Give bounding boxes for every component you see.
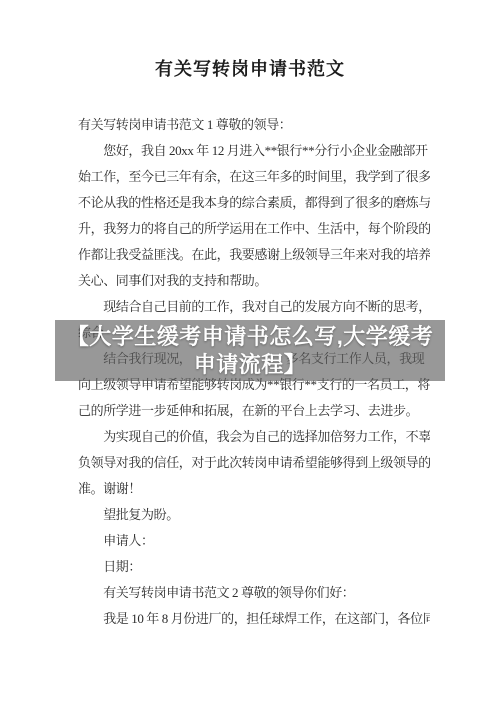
page-title: 有关写转岗申请书范文 [0,0,500,79]
doc-line: 作都让我受益匪浅。在此，我要感谢上级领导三年来对我的培养和 [78,242,430,268]
doc-line: 不论从我的性格还是我本身的综合素质，都得到了很多的磨炼与提 [78,190,430,216]
doc-line: 您好，我自 20xx 年 12 月进入**银行**分行小企业金融部开 [78,138,430,164]
doc-line: 有关写转岗申请书范文 2 尊敬的领导你们好： [78,580,430,606]
doc-line: 申请人： [78,528,430,554]
doc-line: 有关写转岗申请书范文 1 尊敬的领导： [78,112,430,138]
watermark-text-line1: 【大学生缓考申请书怎么写,大学缓考 [67,323,434,351]
doc-line: 升，我努力的将自己的所学运用在工作中、生活中，每个阶段的工 [78,216,430,242]
doc-line: 关心、同事们对我的支持和帮助。 [78,268,430,294]
document-page: 有关写转岗申请书范文 有关写转岗申请书范文 1 尊敬的领导： 您好，我自 20x… [0,0,500,706]
doc-line: 望批复为盼。 [78,502,430,528]
doc-line: 准。谢谢！ [78,476,430,502]
doc-line: 始工作，至今已三年有余，在这三年多的时间里，我学到了很多， [78,164,430,190]
watermark-text-line2: 申请流程】 [194,351,307,379]
doc-line: 日期： [78,554,430,580]
watermark-link[interactable]: 【大学生缓考申请书怎么写,大学缓考 申请流程】 [55,320,445,381]
doc-line: 为实现自己的价值，我会为自己的选择加倍努力工作，不辜 [78,424,430,450]
doc-line: 负领导对我的信任，对于此次转岗申请希望能够得到上级领导的批 [78,450,430,476]
doc-line: 现结合自己目前的工作，我对自己的发展方向不断的思考， [78,294,430,320]
doc-line: 我是 10 年 8 月份进厂的，担任球焊工作，在这部门，各位同 [78,606,430,632]
doc-line: 己的所学进一步延伸和拓展，在新的平台上去学习、去进步。 [78,398,430,424]
